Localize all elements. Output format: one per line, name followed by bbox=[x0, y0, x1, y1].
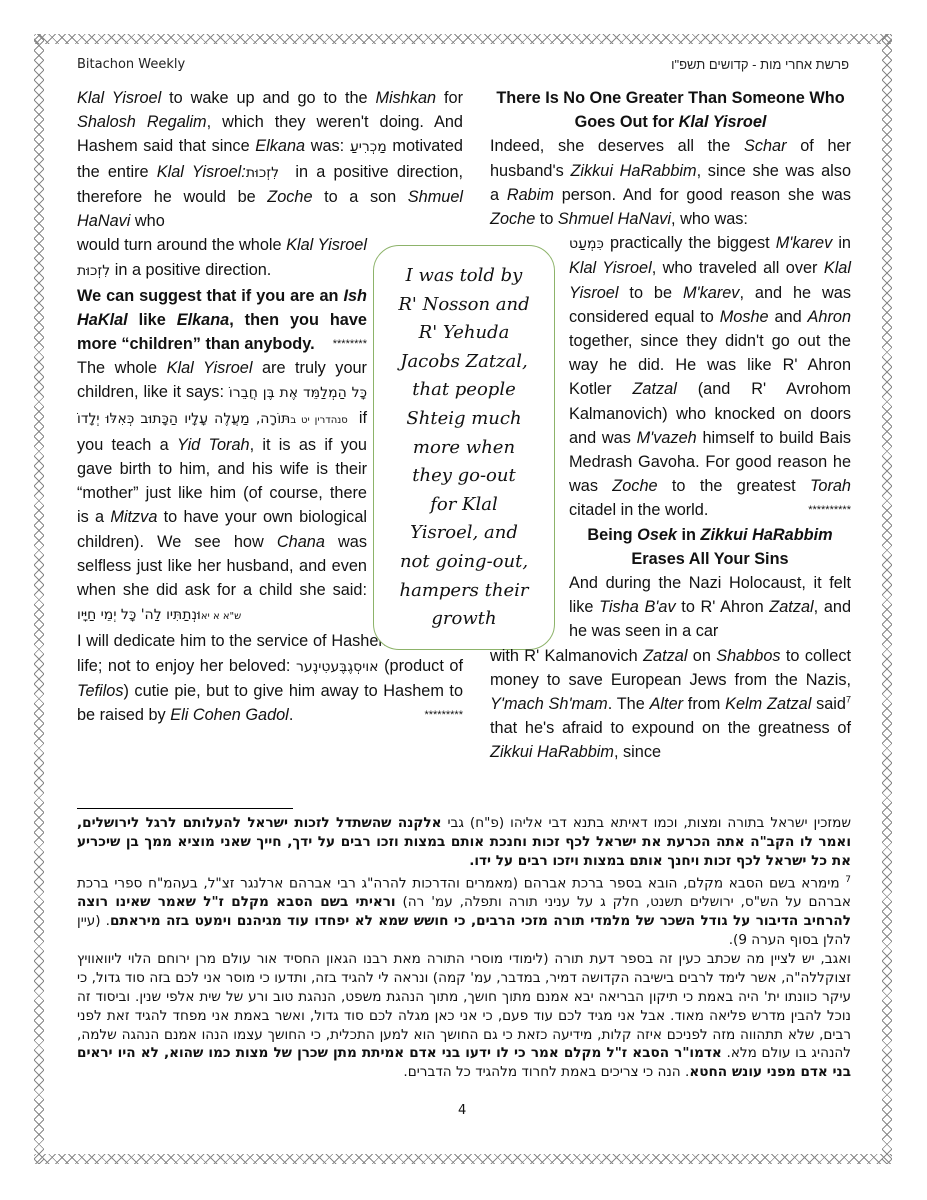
text: said bbox=[811, 695, 846, 713]
term: Y'mach Sh'mam bbox=[490, 695, 608, 713]
footnotes-section: שמזכין ישראל בתורה ומצות, וכמו דאיתא בתנ… bbox=[77, 814, 851, 1082]
text: . bbox=[289, 706, 294, 724]
term: Klal Yisroel bbox=[569, 259, 652, 277]
heading-text: Being bbox=[587, 526, 637, 544]
text: practically the biggest bbox=[604, 234, 776, 252]
heading-text: in bbox=[677, 526, 701, 544]
text: and bbox=[769, 308, 808, 326]
heading-term: Zikkui HaRabbim bbox=[701, 526, 833, 544]
term: Klal Yisroel: bbox=[157, 163, 246, 181]
text: We can suggest that if you are an bbox=[77, 287, 343, 305]
term: Shabbos bbox=[716, 647, 780, 665]
header-publication-name: Bitachon Weekly bbox=[77, 57, 185, 72]
paragraph: Klal Yisroel to wake up and go to the Mi… bbox=[77, 86, 463, 233]
text: The whole bbox=[77, 359, 167, 377]
term: Chana bbox=[277, 533, 325, 551]
section-separator: ******** bbox=[333, 332, 367, 356]
bold-paragraph: We can suggest that if you are an Ish Ha… bbox=[77, 284, 367, 357]
footnote-continued: שמזכין ישראל בתורה ומצות, וכמו דאיתא בתנ… bbox=[77, 814, 851, 871]
text: to R' Ahron bbox=[676, 598, 770, 616]
term: Moshe bbox=[720, 308, 769, 326]
text: , who traveled all over bbox=[652, 259, 824, 277]
text: Indeed, she deserves all the bbox=[490, 137, 744, 155]
term: Zikkui HaRabbim bbox=[490, 743, 614, 761]
term: Tisha B'av bbox=[599, 598, 676, 616]
term: Elkana bbox=[255, 137, 305, 155]
text: from bbox=[683, 695, 725, 713]
term: Shalosh Regalim bbox=[77, 113, 207, 131]
term: Kelm Zatzal bbox=[725, 695, 811, 713]
term: Zatzal bbox=[632, 380, 676, 398]
footnote-number: 7 bbox=[845, 875, 851, 885]
text: person. And for good reason she was bbox=[554, 186, 851, 204]
text: in bbox=[832, 234, 851, 252]
hebrew-quote: לִזְכוּת bbox=[246, 165, 287, 181]
text: who bbox=[130, 212, 164, 230]
term: M'karev bbox=[776, 234, 832, 252]
term: Tefilos bbox=[77, 682, 123, 700]
footnote-paragraph: ואגב, יש לציין מה שכתב כעין זה בספר דעת … bbox=[77, 950, 851, 1082]
footnote-reference-link[interactable]: 7 bbox=[846, 695, 851, 705]
page-number: 4 bbox=[458, 1103, 466, 1118]
footnote-separator-rule bbox=[77, 808, 293, 809]
section-heading: Being Osek in Zikkui HaRabbimErases All … bbox=[569, 523, 851, 571]
term: Klal Yisroel bbox=[167, 359, 253, 377]
text: in a positive direction. bbox=[110, 261, 271, 279]
term: Eli Cohen Gadol bbox=[170, 706, 289, 724]
term: Ahron bbox=[808, 308, 851, 326]
hebrew-quote: כִּמְעַט bbox=[569, 236, 604, 252]
text: to bbox=[535, 210, 558, 228]
right-column: There Is No One Greater Than Someone Who… bbox=[490, 86, 851, 765]
source-citation: ש"א א יא bbox=[201, 611, 245, 622]
hebrew-quote: וּנְתַתִּיו לַה' כָּל יְמֵי חַיָּיו bbox=[77, 607, 201, 623]
footnote-text: . הנה כי צריכים באמת לחרוד מלהגיד כל הדב… bbox=[403, 1064, 689, 1080]
term: M'karev bbox=[683, 284, 739, 302]
text: was: bbox=[305, 137, 350, 155]
term: Mishkan bbox=[375, 89, 436, 107]
paragraph: Indeed, she deserves all the Schar of he… bbox=[490, 134, 851, 231]
heading-term: Osek bbox=[637, 526, 677, 544]
term: Zoche bbox=[490, 210, 535, 228]
term: Zikkui HaRabbim bbox=[570, 162, 696, 180]
term: Zatzal bbox=[643, 647, 687, 665]
source-citation: סנהדרין יט ב bbox=[290, 415, 352, 426]
heading-term: Klal Yisroel bbox=[679, 113, 767, 131]
section-separator: ********* bbox=[424, 703, 463, 727]
term: Rabim bbox=[507, 186, 554, 204]
hebrew-quote: מַכְרִיעַ bbox=[350, 139, 387, 155]
term: M'vazeh bbox=[637, 429, 697, 447]
term: Elkana bbox=[177, 311, 230, 329]
term: Yid Torah bbox=[177, 436, 250, 454]
text: to the greatest bbox=[658, 477, 810, 495]
term: Mitzva bbox=[110, 508, 157, 526]
text: , who was: bbox=[671, 210, 748, 228]
text: on bbox=[687, 647, 716, 665]
heading-text: There Is No One Greater Than Someone Who… bbox=[496, 89, 844, 131]
text: with R' Kalmanovich bbox=[490, 647, 643, 665]
paragraph: כִּמְעַט practically the biggest M'karev… bbox=[569, 231, 851, 522]
footnote-7: 7 מימרא בשם הסבא מקלם, הובא בספר ברכת אב… bbox=[77, 871, 851, 950]
wrapped-text-block: would turn around the whole Klal Yisroel… bbox=[77, 233, 367, 629]
term: Zoche bbox=[267, 188, 312, 206]
text: would turn around the whole bbox=[77, 236, 286, 254]
text: to be bbox=[618, 284, 682, 302]
footnote-text: שמזכין ישראל בתורה ומצות, וכמו דאיתא בתנ… bbox=[442, 815, 852, 831]
term: Zatzal bbox=[769, 598, 813, 616]
section-heading: There Is No One Greater Than Someone Who… bbox=[490, 86, 851, 134]
paragraph-continued: with R' Kalmanovich Zatzal on Shabbos to… bbox=[490, 644, 851, 765]
text: that he's afraid to expound on the great… bbox=[490, 719, 851, 737]
text: to wake up and go to the bbox=[161, 89, 375, 107]
text: for bbox=[436, 89, 463, 107]
paragraph: The whole Klal Yisroel are truly your ch… bbox=[77, 356, 367, 629]
term: Alter bbox=[650, 695, 683, 713]
text: . The bbox=[608, 695, 650, 713]
text: , since bbox=[614, 743, 661, 761]
term: Zoche bbox=[612, 477, 657, 495]
term: Schar bbox=[744, 137, 787, 155]
text: (product of bbox=[379, 657, 463, 675]
header-parsha-title: פרשת אחרי מות - קדושים תשפ"ו bbox=[671, 57, 849, 72]
term: Shmuel HaNavi bbox=[558, 210, 671, 228]
text: like bbox=[128, 311, 177, 329]
wrapped-text-block: כִּמְעַט practically the biggest M'karev… bbox=[569, 231, 851, 643]
section-separator: ********** bbox=[808, 498, 851, 522]
hebrew-quote: אויסְגֶבֶּעטִינֶער bbox=[296, 659, 379, 675]
text: citadel in the world. bbox=[569, 501, 708, 519]
heading-text: Erases All Your Sins bbox=[631, 550, 788, 568]
term: Klal Yisroel bbox=[77, 89, 161, 107]
term: Klal Yisroel bbox=[286, 236, 367, 254]
paragraph: would turn around the whole Klal Yisroel… bbox=[77, 233, 367, 283]
term: Torah bbox=[810, 477, 851, 495]
text: to a son bbox=[313, 188, 408, 206]
paragraph: And during the Nazi Holocaust, it felt l… bbox=[569, 571, 851, 644]
hebrew-quote: לִזְכוּת bbox=[77, 263, 110, 279]
